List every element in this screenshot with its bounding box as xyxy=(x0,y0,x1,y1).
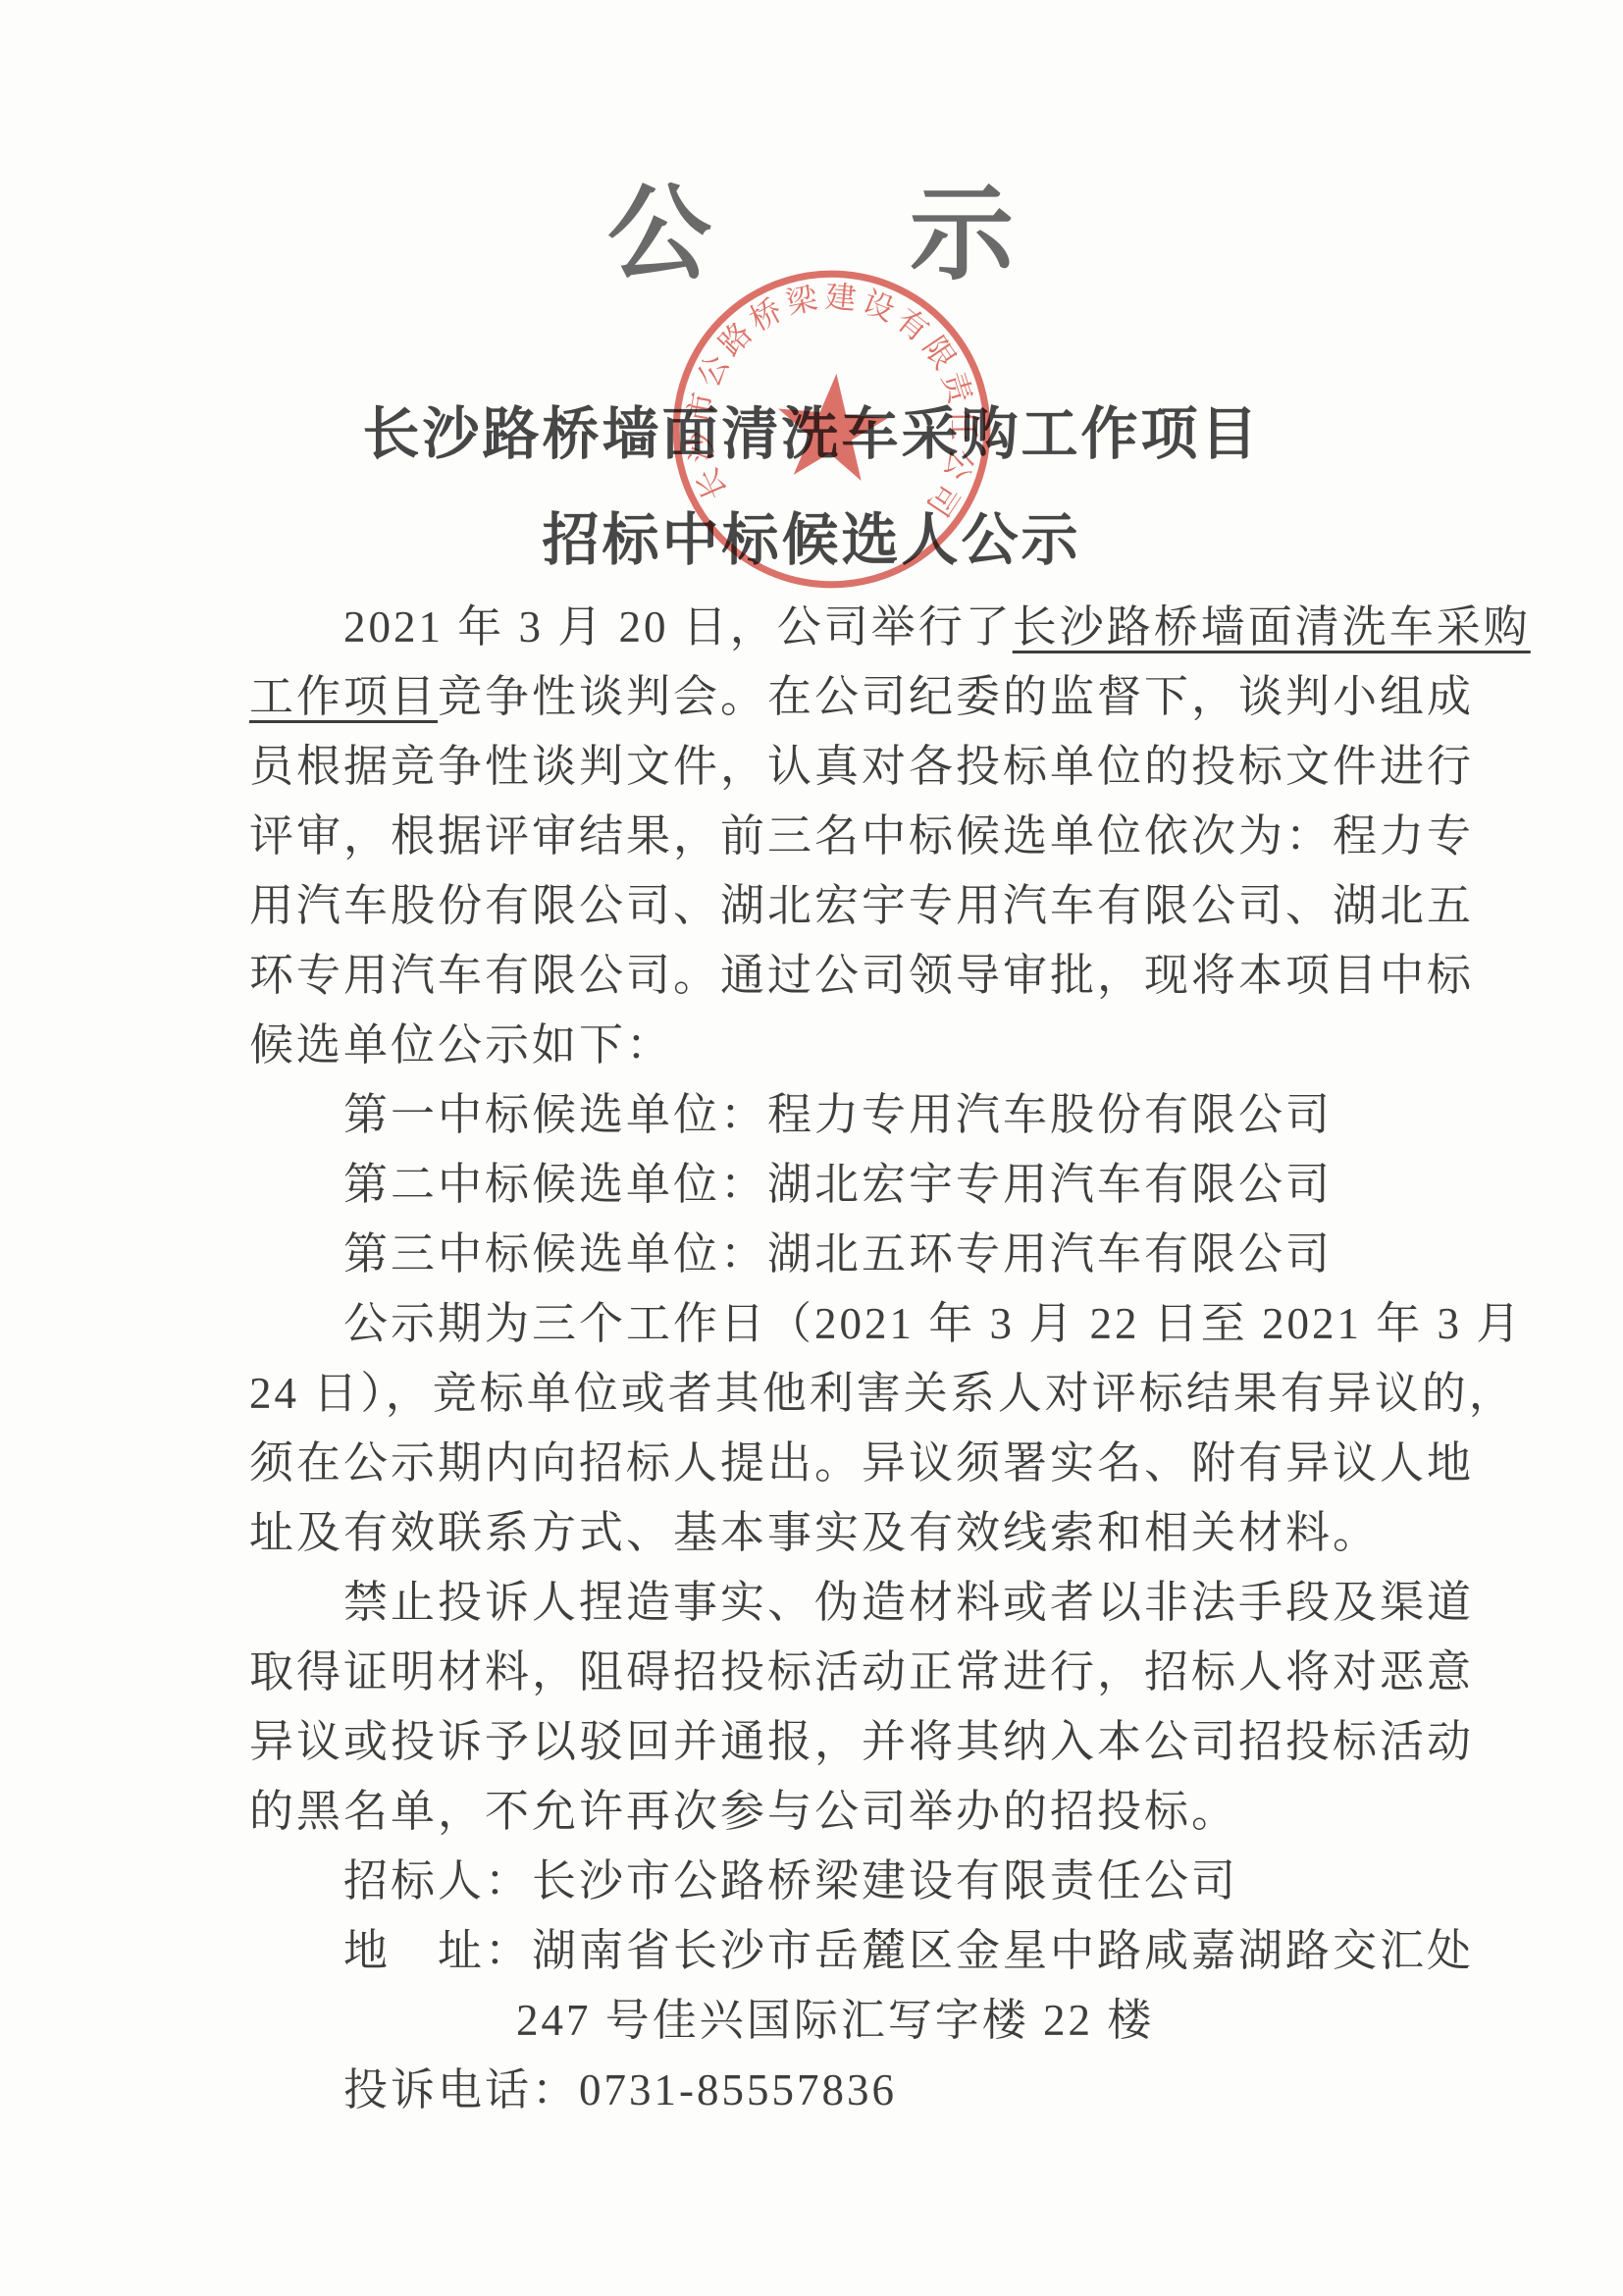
subtitle-line2: 招标中标候选人公示 xyxy=(0,506,1623,575)
text-segment: 第一中标候选单位：程力专用汽车股份有限公司 xyxy=(343,1090,1333,1139)
text-segment: 用汽车股份有限公司、湖北宏宇专用汽车有限公司、湖北五 xyxy=(249,881,1474,930)
announcement-page: 公 示 长沙路桥墙面清洗车采购工作项目 招标中标候选人公示 2021 年 3 月… xyxy=(0,0,1623,2296)
body-line: 招标人：长沙市公路桥梁建设有限责任公司 xyxy=(249,1847,1466,1916)
body-line: 公示期为三个工作日（2021 年 3 月 22 日至 2021 年 3 月 xyxy=(249,1289,1466,1359)
body-line: 禁止投诉人捏造事实、伪造材料或者以非法手段及渠道 xyxy=(249,1568,1466,1638)
title-char-left: 公 xyxy=(607,151,713,300)
body-line: 取得证明材料，阻碍招投标活动正常进行，招标人将对恶意 xyxy=(249,1638,1466,1707)
text-segment: 须在公示期内向招标人提出。异议须署实名、附有异议人地 xyxy=(249,1438,1474,1487)
body-line: 评审，根据评审结果，前三名中标候选单位依次为：程力专 xyxy=(249,802,1466,871)
body-line: 址及有效联系方式、基本事实及有效线索和相关材料。 xyxy=(249,1498,1466,1568)
body-line: 候选单位公示如下： xyxy=(249,1011,1466,1080)
body-line: 投诉电话：0731-85557836 xyxy=(249,2056,1466,2125)
text-segment: 取得证明材料，阻碍招投标活动正常进行，招标人将对恶意 xyxy=(249,1647,1474,1696)
text-segment: 址及有效联系方式、基本事实及有效线索和相关材料。 xyxy=(249,1508,1380,1557)
text-segment: 环专用汽车有限公司。通过公司领导审批，现将本项目中标 xyxy=(249,951,1474,1000)
text-segment: 投诉电话：0731-85557836 xyxy=(343,2065,897,2114)
text-segment: 招标人：长沙市公路桥梁建设有限责任公司 xyxy=(343,1856,1238,1905)
body-text: 2021 年 3 月 20 日，公司举行了长沙路桥墙面清洗车采购工作项目竞争性谈… xyxy=(249,593,1466,2125)
text-segment: 地 址：湖南省长沙市岳麓区金星中路咸嘉湖路交汇处 xyxy=(343,1926,1474,1975)
body-line: 2021 年 3 月 20 日，公司举行了长沙路桥墙面清洗车采购 xyxy=(249,593,1466,662)
body-line: 第三中标候选单位：湖北五环专用汽车有限公司 xyxy=(249,1220,1466,1289)
body-line: 须在公示期内向招标人提出。异议须署实名、附有异议人地 xyxy=(249,1429,1466,1498)
text-segment: 候选单位公示如下： xyxy=(249,1020,673,1070)
text-segment: 24 日），竞标单位或者其他利害关系人对评标结果有异议的， xyxy=(249,1369,1516,1418)
body-line: 工作项目竞争性谈判会。在公司纪委的监督下，谈判小组成 xyxy=(249,662,1466,732)
text-segment: 异议或投诉予以驳回并通报，并将其纳入本公司招投标活动 xyxy=(249,1717,1474,1766)
body-line: 地 址：湖南省长沙市岳麓区金星中路咸嘉湖路交汇处 xyxy=(249,1916,1466,1986)
body-line: 员根据竞争性谈判文件，认真对各投标单位的投标文件进行 xyxy=(249,732,1466,802)
body-line: 第二中标候选单位：湖北宏宇专用汽车有限公司 xyxy=(249,1150,1466,1220)
body-line: 用汽车股份有限公司、湖北宏宇专用汽车有限公司、湖北五 xyxy=(249,871,1466,941)
body-line: 异议或投诉予以驳回并通报，并将其纳入本公司招投标活动 xyxy=(249,1707,1466,1777)
title-char-right: 示 xyxy=(910,151,1016,300)
text-segment: 第二中标候选单位：湖北宏宇专用汽车有限公司 xyxy=(343,1160,1333,1209)
seal-company-name: 长沙市公路桥梁建设有限责任公司 xyxy=(675,268,994,529)
subtitle-line1: 长沙路桥墙面清洗车采购工作项目 xyxy=(0,400,1623,469)
body-line: 的黑名单，不允许再次参与公司举办的招投标。 xyxy=(249,1777,1466,1847)
page-title: 公 示 xyxy=(0,169,1623,283)
text-segment: 公示期为三个工作日（2021 年 3 月 22 日至 2021 年 3 月 xyxy=(343,1299,1523,1348)
body-line: 环专用汽车有限公司。通过公司领导审批，现将本项目中标 xyxy=(249,941,1466,1011)
text-segment: 247 号佳兴国际汇写字楼 22 楼 xyxy=(516,1996,1154,2045)
body-line: 第一中标候选单位：程力专用汽车股份有限公司 xyxy=(249,1080,1466,1150)
body-line: 247 号佳兴国际汇写字楼 22 楼 xyxy=(249,1986,1466,2056)
text-segment: 员根据竞争性谈判文件，认真对各投标单位的投标文件进行 xyxy=(249,742,1474,791)
underlined-text: 工作项目 xyxy=(249,672,438,721)
body-line: 24 日），竞标单位或者其他利害关系人对评标结果有异议的， xyxy=(249,1359,1466,1429)
text-segment: 竞争性谈判会。在公司纪委的监督下，谈判小组成 xyxy=(438,672,1474,721)
text-segment: 评审，根据评审结果，前三名中标候选单位依次为：程力专 xyxy=(249,811,1474,861)
text-segment: 的黑名单，不允许再次参与公司举办的招投标。 xyxy=(249,1787,1238,1836)
underlined-text: 长沙路桥墙面清洗车采购 xyxy=(1013,602,1531,652)
text-segment: 禁止投诉人捏造事实、伪造材料或者以非法手段及渠道 xyxy=(343,1578,1474,1627)
text-segment: 第三中标候选单位：湖北五环专用汽车有限公司 xyxy=(343,1229,1333,1278)
svg-text:长沙市公路桥梁建设有限责任公司: 长沙市公路桥梁建设有限责任公司 xyxy=(675,268,994,529)
text-segment: 2021 年 3 月 20 日，公司举行了 xyxy=(343,602,1013,652)
